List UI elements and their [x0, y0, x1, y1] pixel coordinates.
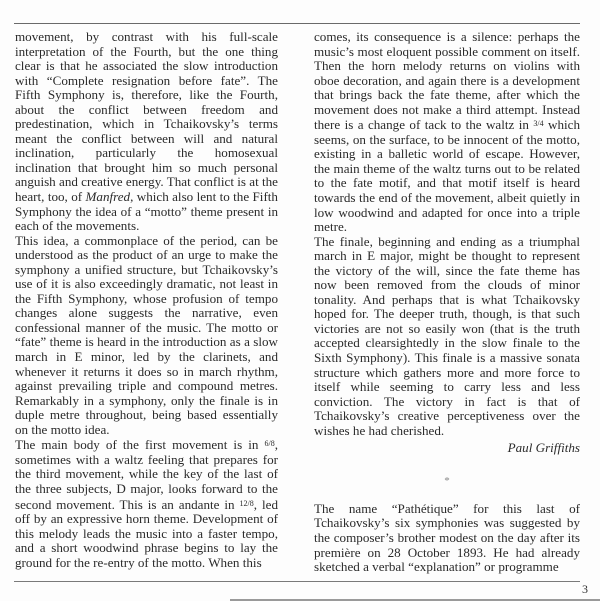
paragraph: The finale, beginning and ending as a tr… [314, 235, 580, 439]
time-signature: 12/8 [240, 499, 254, 508]
paragraph: This idea, a commonplace of the period, … [15, 234, 278, 438]
left-column: movement, by contrast with his full-scal… [15, 30, 278, 570]
author-signature: Paul Griffiths [314, 441, 580, 456]
paragraph: movement, by contrast with his full-scal… [15, 30, 278, 234]
work-title: Manfred [85, 189, 130, 204]
paragraph: comes, its consequence is a silence: per… [314, 30, 580, 235]
booklet-page: movement, by contrast with his full-scal… [0, 0, 600, 601]
time-signature: 6/8 [264, 439, 274, 448]
bottom-rule [14, 581, 580, 582]
time-signature: 3/4 [533, 119, 543, 128]
paragraph: The main body of the first movement is i… [15, 437, 278, 570]
top-rule [14, 23, 580, 24]
paragraph: The name “Pathétique” for this last of T… [314, 502, 580, 575]
right-column: comes, its consequence is a silence: per… [314, 30, 580, 575]
section-separator: * [314, 474, 580, 488]
page-number: 3 [582, 582, 588, 597]
